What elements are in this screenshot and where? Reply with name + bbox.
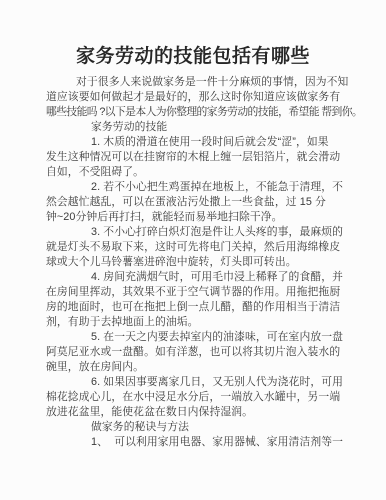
intro-line-2: 道应该要如何做起才是最好的，那么这时你知道应该做家务有	[46, 90, 352, 105]
document-page: 家务劳动的技能包括有哪些 对于很多人来说做家务是一件十分麻烦的事情，因为不知 道…	[0, 0, 386, 500]
intro-line-1: 对于很多人来说做家务是一件十分麻烦的事情，因为不知	[46, 75, 352, 90]
tips-item-1-line-1: 1、 可以利用家用电器、家用器械、家用清洁剂等一	[46, 435, 352, 450]
skills-item-6-line-3: 放进花盆里，能使花盆在数日内保持湿润。	[46, 405, 352, 420]
skills-item-1-line-1: 1. 木质的滑道在使用一段时间后就会发“涩”，如果	[46, 135, 352, 150]
skills-item-4-line-1: 4. 房间充满烟气时，可用毛巾浸上稀释了的食醋，并	[46, 270, 352, 285]
skills-item-3-line-2: 就是灯头不易取下来，这时可先将电门关掉，然后用海绵橡皮	[46, 240, 352, 255]
skills-item-4-line-3: 房的地面时，也可在拖把上倒一点儿醋，醋的作用相当于清洁	[46, 300, 352, 315]
skills-item-5-line-3: 碗里，放在房间内。	[46, 360, 352, 375]
skills-item-3-line-3: 球或大个儿马铃薯塞进碎泡中旋转，灯头即可转出。	[46, 255, 352, 270]
skills-item-1-line-2: 发生这种情况可以在挂窗帘的木棍上缠一层铝箔片，就会滑动	[46, 150, 352, 165]
skills-item-2-line-2: 然会越忙越乱，可以在蛋液沾污处撒上一些食盐，过 15 分	[46, 195, 352, 210]
intro-line-3: 哪些技能吗 ?以下是本人为你整理的家务劳动的技能，希望能 帮到你。	[46, 105, 352, 120]
document-body: 对于很多人来说做家务是一件十分麻烦的事情，因为不知 道应该要如何做起才是最好的，…	[0, 75, 386, 450]
skills-item-2-line-1: 2. 若不小心把生鸡蛋掉在地板上，不能急于清理，不	[46, 180, 352, 195]
skills-item-6-line-2: 棉花捻成心儿，在水中浸足水分后，一端放入水罐中，另一端	[46, 390, 352, 405]
skills-item-5-line-2: 阿莫尼亚水或一盘醋。如有洋葱，也可以将其切片泡入装水的	[46, 345, 352, 360]
tips-section-heading: 做家务的秘诀与方法	[46, 420, 352, 435]
skills-item-1-line-3: 自如，不受阻碍了。	[46, 165, 352, 180]
document-title: 家务劳动的技能包括有哪些	[0, 45, 386, 69]
skills-section-heading: 家务劳动的技能	[46, 120, 352, 135]
skills-item-6-line-1: 6. 如果因事要离家几日，又无别人代为浇花时，可用	[46, 375, 352, 390]
skills-item-2-line-3: 钟~20分钟后再打扫，就能轻而易举地扫除干净。	[46, 210, 352, 225]
skills-item-5-line-1: 5. 在一天之内要去掉室内的油漆味，可在室内放一盘	[46, 330, 352, 345]
skills-item-4-line-2: 在房间里挥动，其效果不亚于空气调节器的作用。用拖把拖厨	[46, 285, 352, 300]
skills-item-4-line-4: 剂，有助于去掉地面上的油垢。	[46, 315, 352, 330]
skills-item-3-line-1: 3. 不小心打碎白炽灯泡是件让人头疼的事，最麻烦的	[46, 225, 352, 240]
